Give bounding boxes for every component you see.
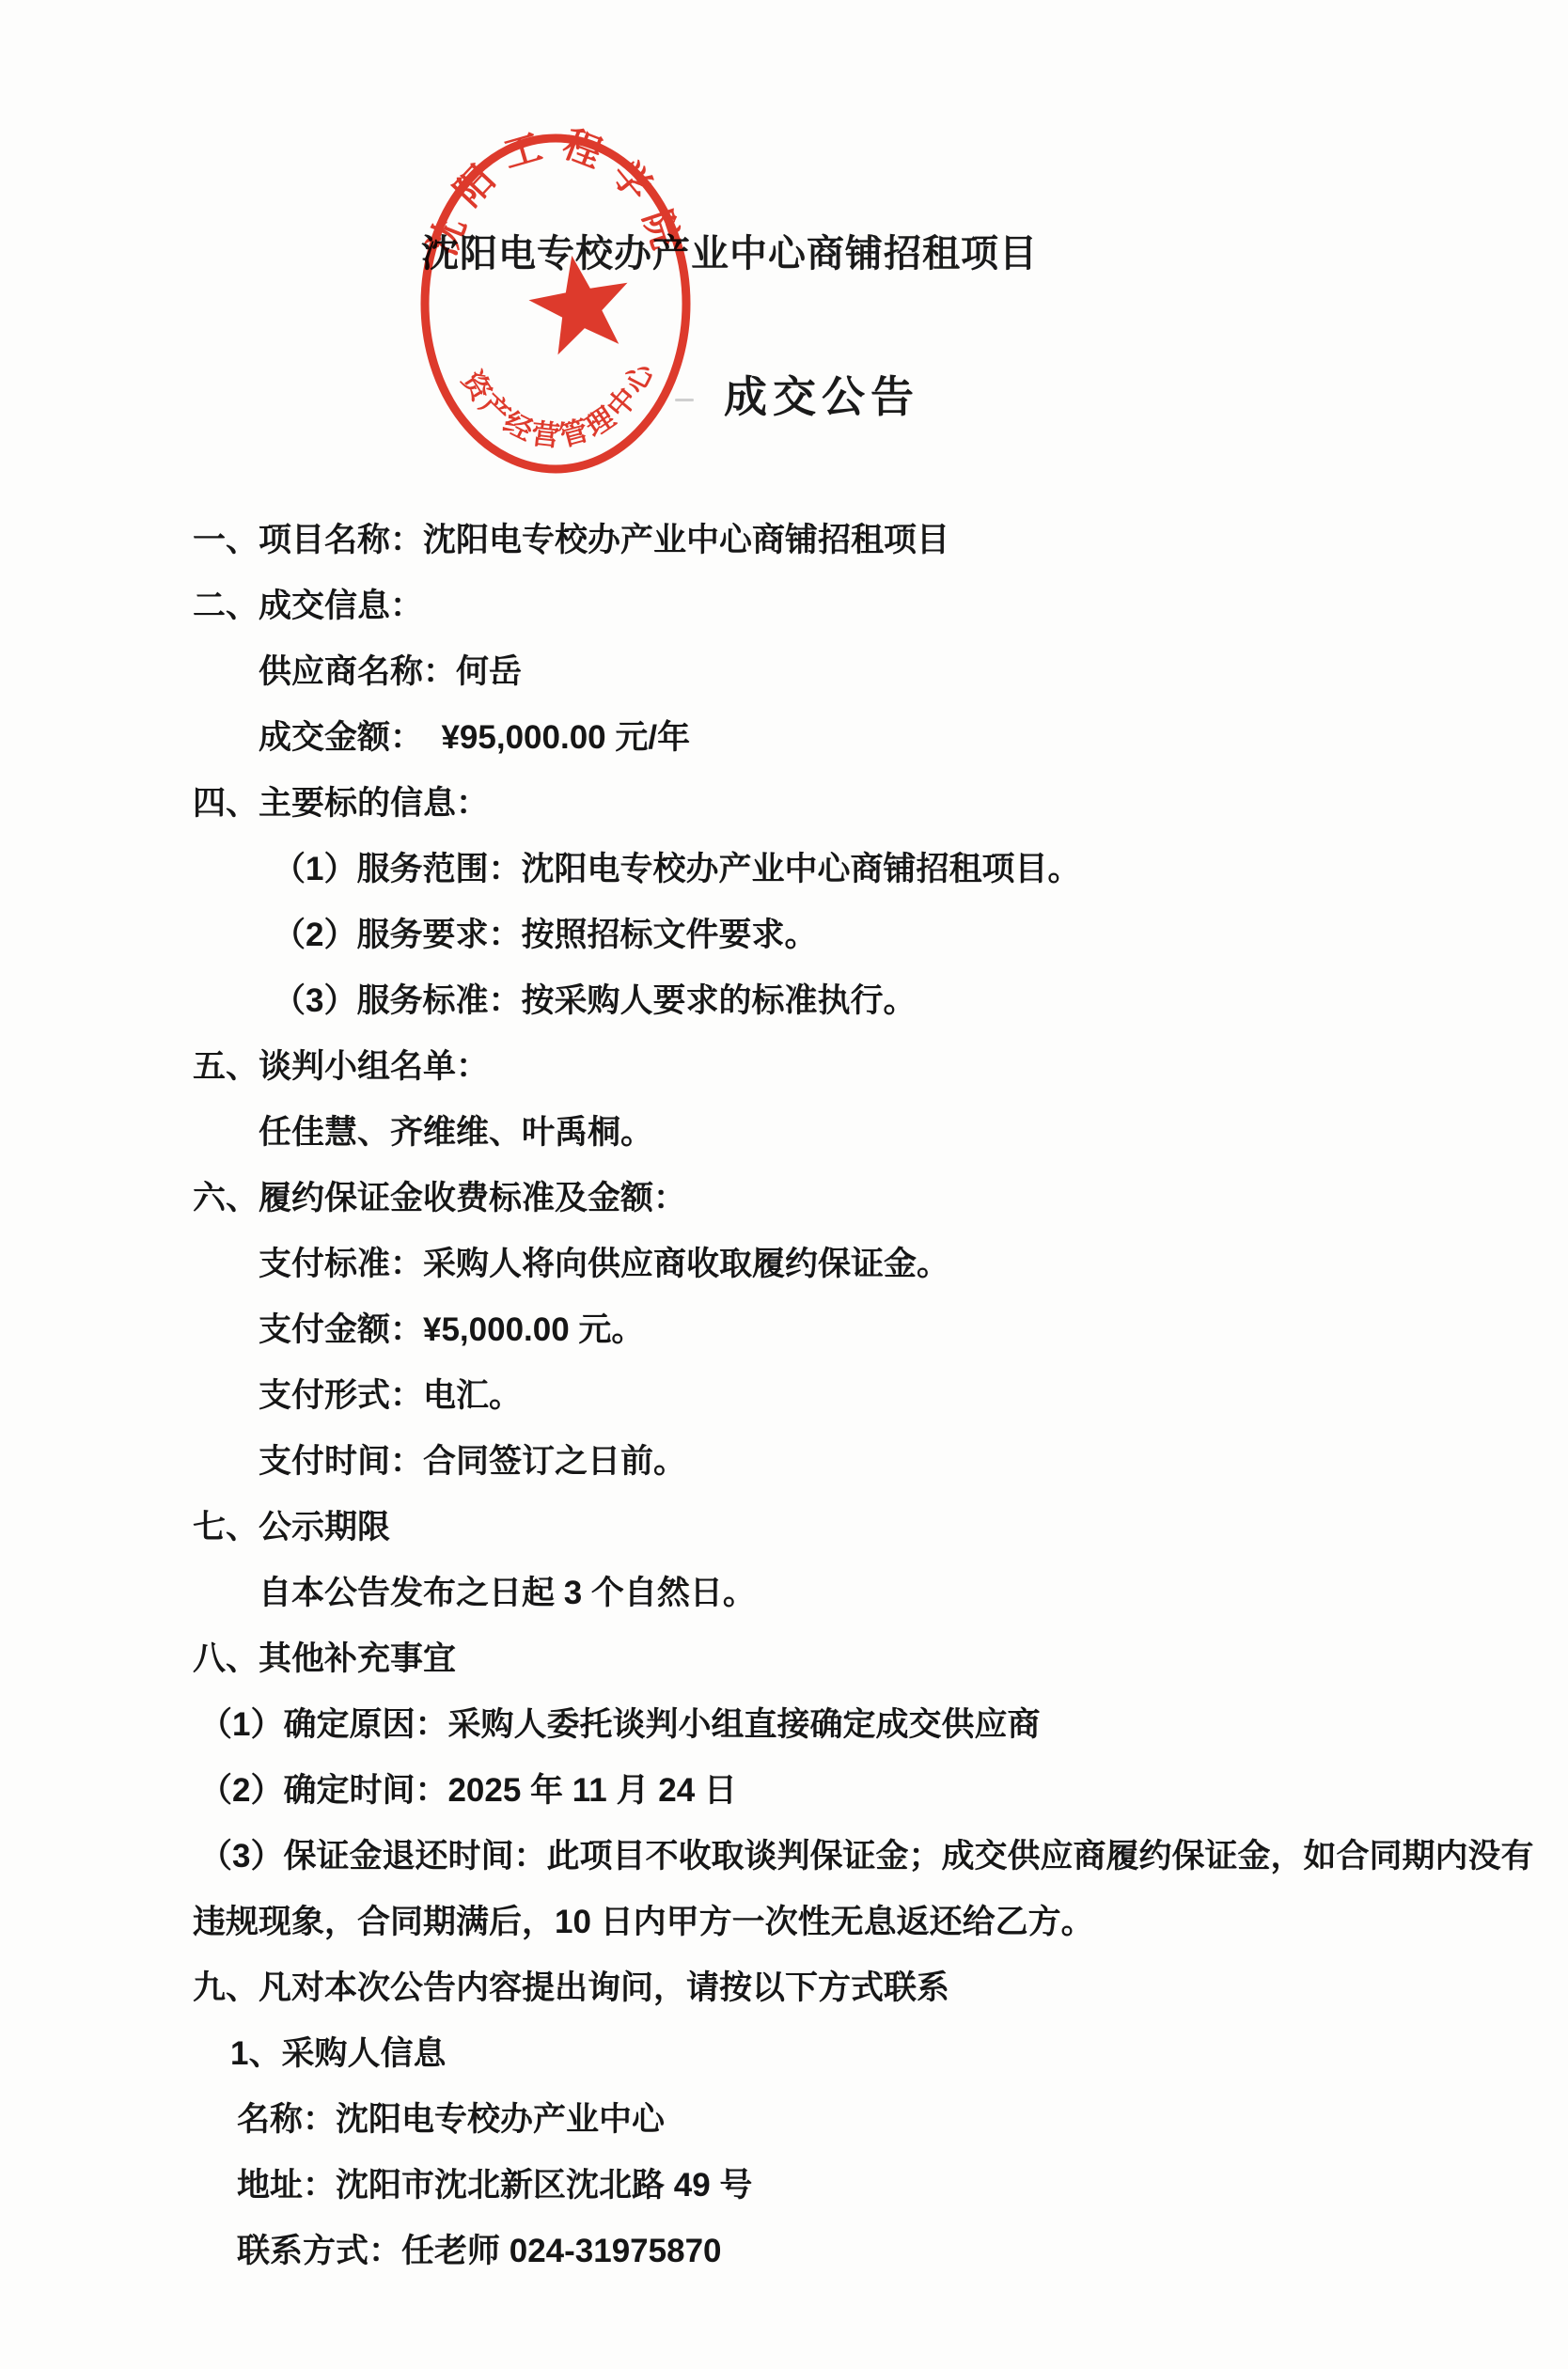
doc-line-pay-time: 支付时间：合同签订之日前。 <box>0 1429 1568 1495</box>
doc-line-project-name: 一、项目名称：沈阳电专校办产业中心商铺招租项目 <box>0 508 1568 573</box>
official-seal: 沈阳工程学院 资产经营管理中心 <box>414 127 698 482</box>
document-body: 一、项目名称：沈阳电专校办产业中心商铺招租项目 二、成交信息： 供应商名称：何岳… <box>0 508 1568 2284</box>
doc-line-service-standard: （3）服务标准：按采购人要求的标准执行。 <box>0 968 1568 1034</box>
doc-line-publicity-period: 自本公告发布之日起 3 个自然日。 <box>0 1561 1568 1626</box>
doc-line-pay-amount: 支付金额：¥5,000.00 元。 <box>0 1297 1568 1363</box>
doc-line-contact-head: 九、凡对本次公告内容提出询问，请按以下方式联系 <box>0 1955 1568 2021</box>
doc-line-decide-date: （2）确定时间：2025 年 11 月 24 日 <box>0 1758 1568 1824</box>
doc-line-purchaser-name: 名称：沈阳电专校办产业中心 <box>0 2087 1568 2153</box>
doc-line-supplier-name: 供应商名称：何岳 <box>0 639 1568 705</box>
doc-line-panel-names: 任佳慧、齐维维、叶禹桐。 <box>0 1100 1568 1166</box>
doc-line-other-head: 八、其他补充事宜 <box>0 1626 1568 1692</box>
doc-line-deposit-head: 六、履约保证金收费标准及金额： <box>0 1166 1568 1232</box>
doc-line-refund-1: （3）保证金退还时间：此项目不收取谈判保证金；成交供应商履约保证金，如合同期内没… <box>0 1824 1568 1890</box>
doc-line-purchaser-addr: 地址：沈阳市沈北新区沈北路 49 号 <box>0 2153 1568 2219</box>
doc-line-publicity-head: 七、公示期限 <box>0 1495 1568 1561</box>
doc-line-purchaser-phone: 联系方式：任老师 024-31975870 <box>0 2219 1568 2284</box>
doc-line-panel-head: 五、谈判小组名单： <box>0 1034 1568 1100</box>
doc-line-award-amount: 成交金额： ¥95,000.00 元/年 <box>0 705 1568 771</box>
document-title-line2: 成交公告 <box>724 363 919 425</box>
doc-line-service-scope: （1）服务范围：沈阳电专校办产业中心商铺招租项目。 <box>0 837 1568 902</box>
doc-line-pay-standard: 支付标准：采购人将向供应商收取履约保证金。 <box>0 1232 1568 1297</box>
star-icon <box>523 247 638 358</box>
doc-line-subject-info-head: 四、主要标的信息： <box>0 771 1568 837</box>
scan-artifact <box>675 399 694 401</box>
doc-line-service-require: （2）服务要求：按照招标文件要求。 <box>0 902 1568 968</box>
doc-line-reason: （1）确定原因：采购人委托谈判小组直接确定成交供应商 <box>0 1692 1568 1758</box>
doc-line-refund-2: 违规现象，合同期满后，10 日内甲方一次性无息返还给乙方。 <box>0 1890 1568 1955</box>
doc-line-pay-form: 支付形式：电汇。 <box>0 1363 1568 1429</box>
document-page: 沈阳电专校办产业中心商铺招租项目 成交公告 沈阳工程学院 资产经营管理中心 一、… <box>0 0 1568 2369</box>
seal-top-text: 沈阳工程学院 <box>422 127 692 268</box>
doc-line-purchaser-head: 1、采购人信息 <box>0 2021 1568 2087</box>
svg-text:沈阳工程学院: 沈阳工程学院 <box>422 127 692 268</box>
doc-line-award-info-head: 二、成交信息： <box>0 573 1568 639</box>
